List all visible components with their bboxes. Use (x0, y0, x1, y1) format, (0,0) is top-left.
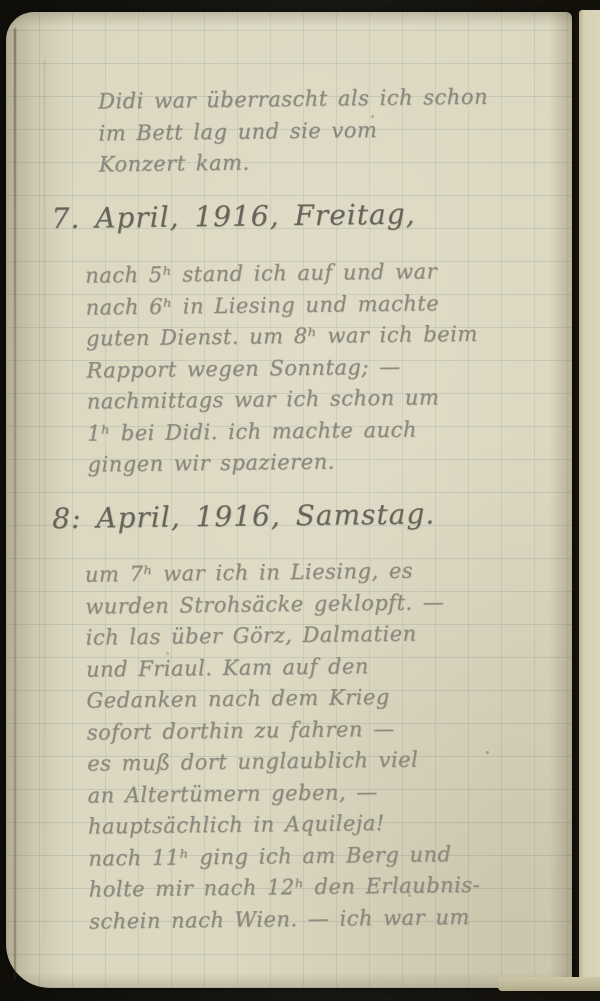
notebook-photo: Didi war überrascht als ich schon im Bet… (0, 0, 600, 1001)
diary-page (6, 12, 572, 988)
next-page-edge (579, 10, 600, 988)
paper-specks (228, 103, 231, 106)
binding-crease-line (14, 28, 16, 980)
gutter-crease-line (44, 60, 45, 940)
bottom-page-edges (498, 977, 600, 991)
